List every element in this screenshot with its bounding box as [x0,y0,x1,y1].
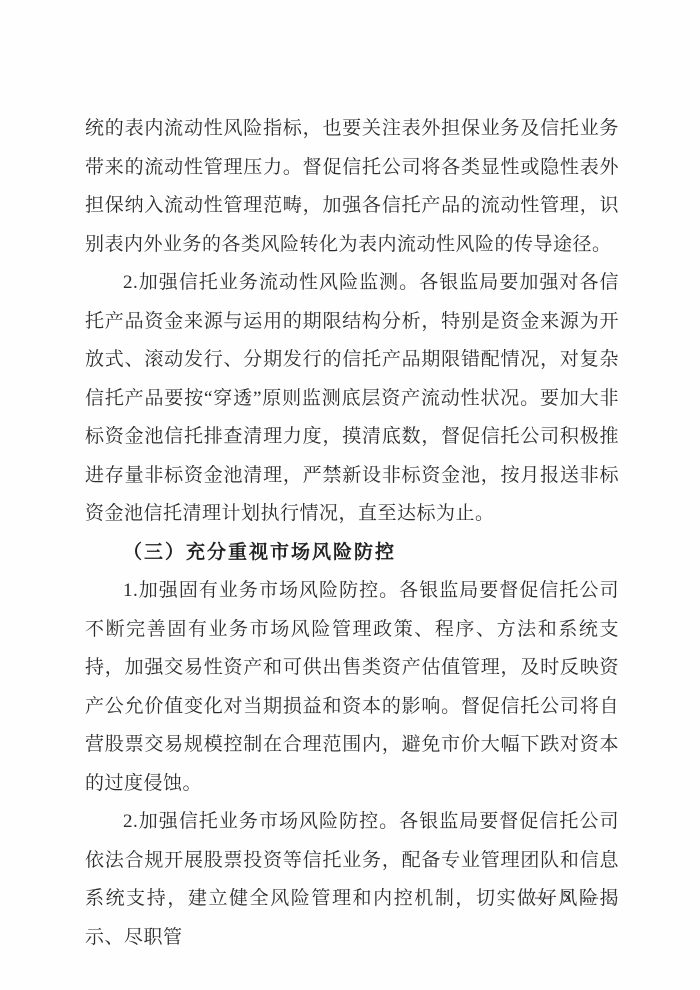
paragraph-item-2-liquidity-monitoring: 2.加强信托业务流动性风险监测。各银监局要加强对各信托产品资金来源与运用的期限结… [85,264,619,534]
paragraph-item-2-trust-market-risk: 2.加强信托业务市场风险防控。各银监局要督促信托公司依法合规开展股票投资等信托业… [85,803,619,957]
paragraph-item-1-proprietary-market-risk: 1.加强固有业务市场风险防控。各银监局要督促信托公司不断完善固有业务市场风险管理… [85,572,619,803]
document-page: 统的表内流动性风险指标，也要关注表外担保业务及信托业务带来的流动性管理压力。督促… [0,0,700,990]
document-text-block: 统的表内流动性风险指标，也要关注表外担保业务及信托业务带来的流动性管理压力。督促… [85,110,619,957]
page-number: — 5 — [520,886,616,908]
section-heading-market-risk: （三）充分重视市场风险防控 [85,534,619,573]
paragraph-continuation: 统的表内流动性风险指标，也要关注表外担保业务及信托业务带来的流动性管理压力。督促… [85,110,619,264]
